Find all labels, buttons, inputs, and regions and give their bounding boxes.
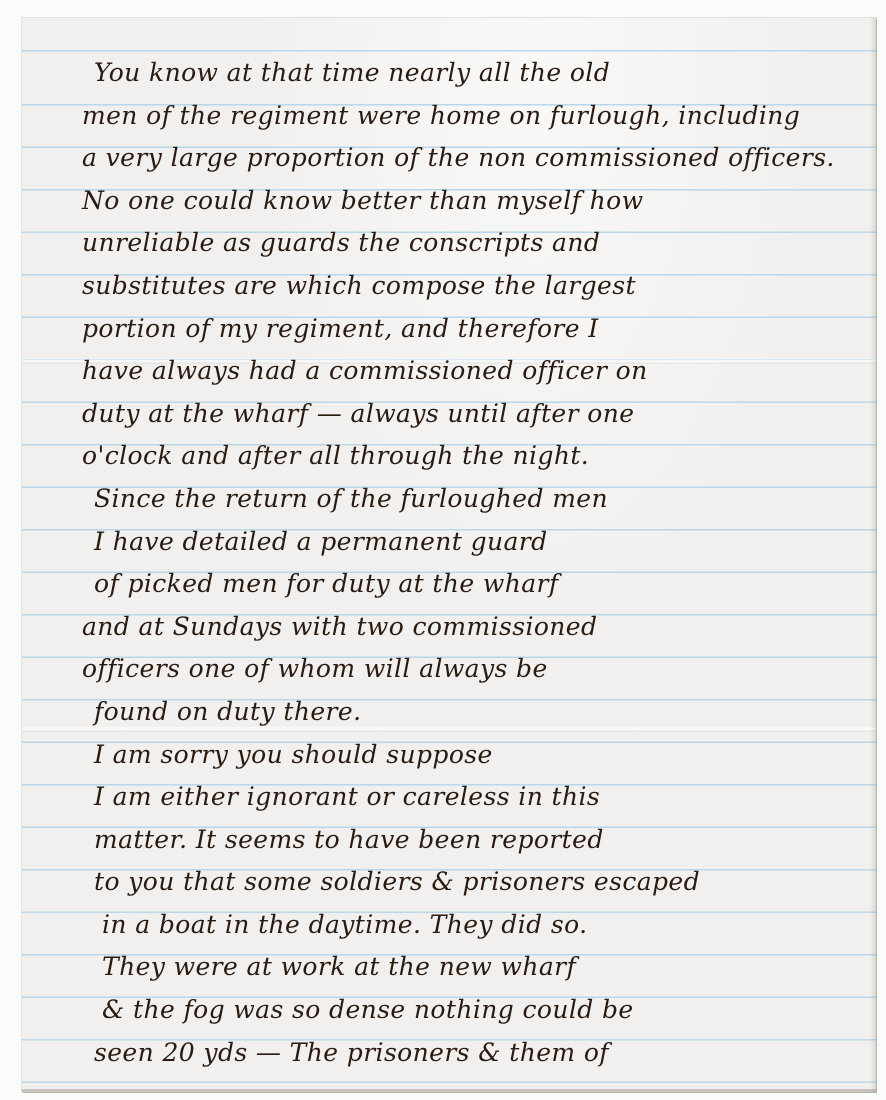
paper-bottom-edge (22, 1089, 876, 1092)
text-line: of picked men for duty at the wharf (22, 563, 876, 606)
text-line: found on duty there. (22, 691, 876, 734)
text-line: and at Sundays with two commissioned (22, 606, 876, 649)
handwritten-text-body: You know at that time nearly all the old… (22, 52, 876, 1074)
scanned-page: You know at that time nearly all the old… (0, 0, 886, 1100)
text-line: unreliable as guards the conscripts and (22, 222, 876, 265)
text-line: I am sorry you should suppose (22, 734, 876, 777)
text-line: o'clock and after all through the night. (22, 435, 876, 478)
text-line: seen 20 yds — The prisoners & them of (22, 1032, 876, 1075)
text-line: matter. It seems to have been reported (22, 819, 876, 862)
text-line: I have detailed a permanent guard (22, 521, 876, 564)
text-line: to you that some soldiers & prisoners es… (22, 861, 876, 904)
paper-edge-shadow (870, 18, 876, 1092)
text-line: Since the return of the furloughed men (22, 478, 876, 521)
text-line: men of the regiment were home on furloug… (22, 95, 876, 138)
letter-sheet: You know at that time nearly all the old… (22, 18, 876, 1092)
text-line: They were at work at the new wharf (22, 946, 876, 989)
text-line: You know at that time nearly all the old (22, 52, 876, 95)
text-line: duty at the wharf — always until after o… (22, 393, 876, 436)
text-line: officers one of whom will always be (22, 648, 876, 691)
text-line: I am either ignorant or careless in this (22, 776, 876, 819)
text-line: & the fog was so dense nothing could be (22, 989, 876, 1032)
text-line: portion of my regiment, and therefore I (22, 308, 876, 351)
text-line: substitutes are which compose the larges… (22, 265, 876, 308)
text-line: No one could know better than myself how (22, 180, 876, 223)
text-line: have always had a commissioned officer o… (22, 350, 876, 393)
text-line: in a boat in the daytime. They did so. (22, 904, 876, 947)
text-line: a very large proportion of the non commi… (22, 137, 876, 180)
